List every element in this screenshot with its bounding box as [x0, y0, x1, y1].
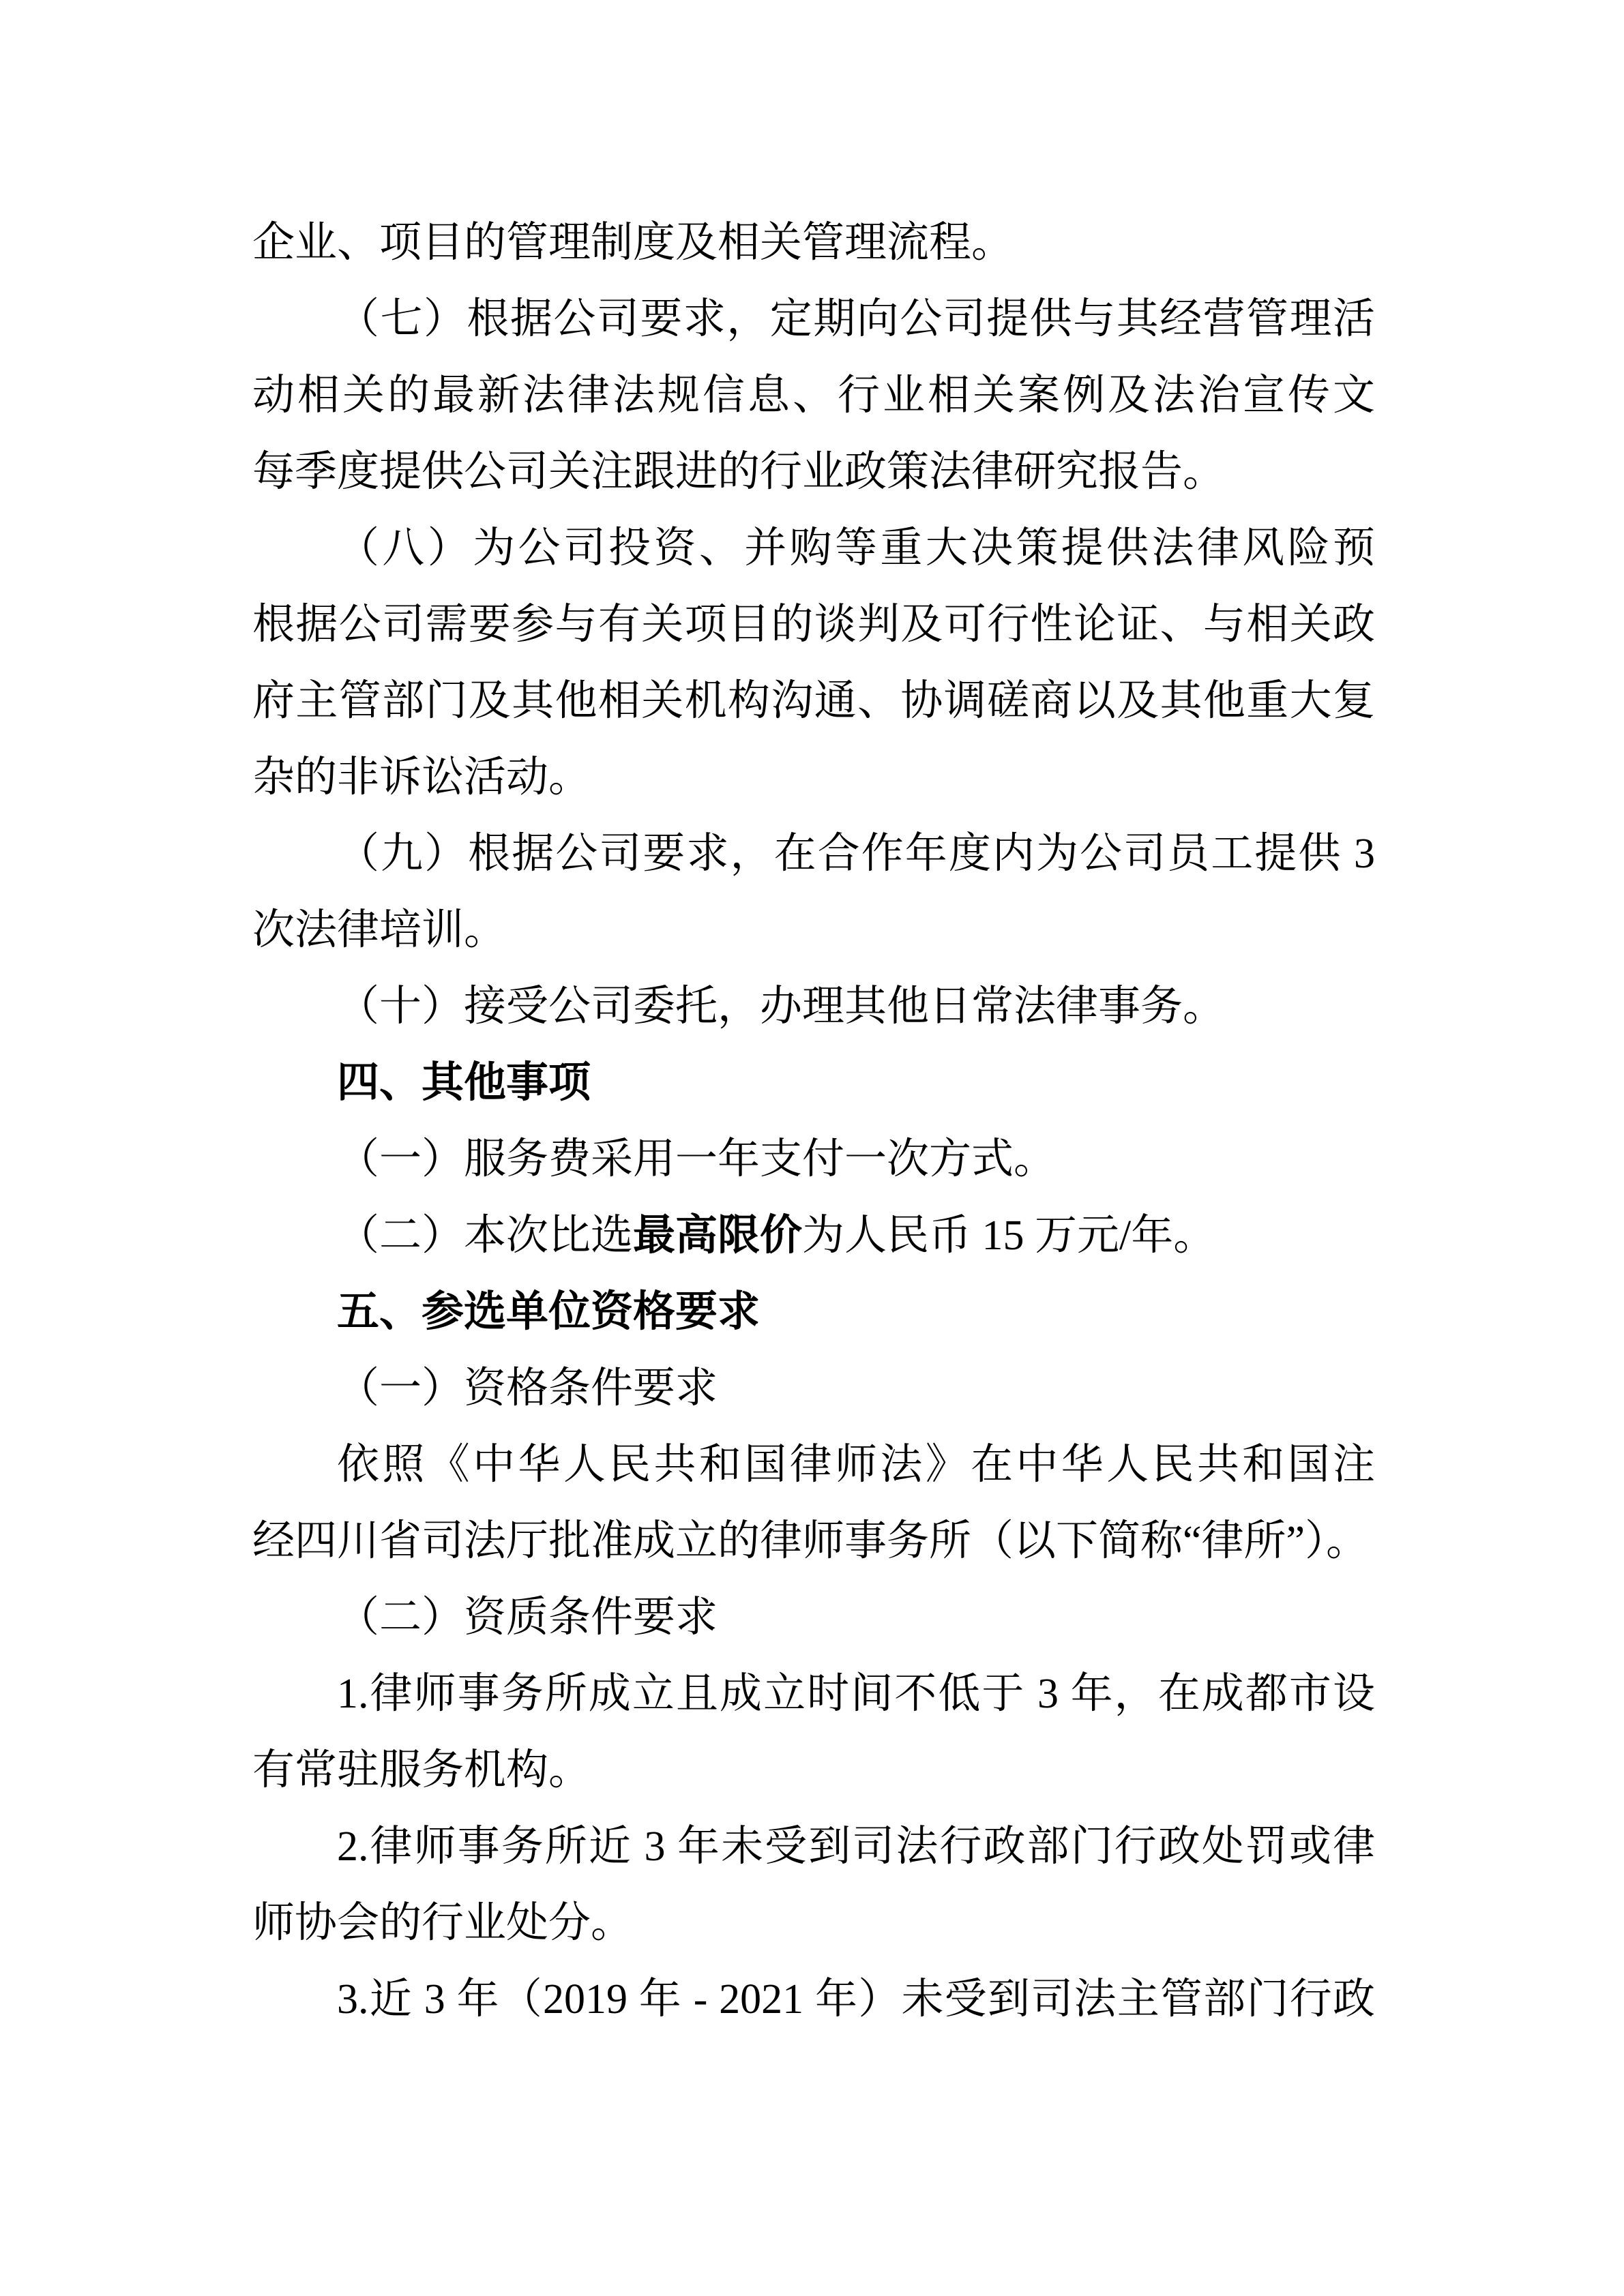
text-line: 依照《中华人民共和国律师法》在中华人民共和国注册，	[252, 1427, 1375, 1503]
text-segment: 依照《中华人民共和国律师法》在中华人民共和国注册，	[252, 1442, 1375, 1503]
text-segment: 3.近 3 年（2019 年 - 2021 年）未受到司法主管部门行政	[337, 1976, 1375, 2023]
text-segment: 根据公司需要参与有关项目的谈判及可行性论证、与相关政	[252, 601, 1375, 648]
text-segment: 为人民币 15 万元/年。	[802, 1212, 1215, 1259]
text-segment: 师协会的行业处分。	[252, 1900, 633, 1946]
text-line: 师协会的行业处分。	[252, 1885, 1375, 1961]
text-line: 根据公司需要参与有关项目的谈判及可行性论证、与相关政	[252, 586, 1375, 663]
bold-text-segment: 最高限价	[633, 1212, 802, 1259]
text-segment: （二）本次比选	[337, 1212, 633, 1259]
text-line: （一）资格条件要求	[252, 1350, 1375, 1427]
text-segment: 企业、项目的管理制度及相关管理流程。	[252, 220, 1014, 266]
text-line: 次法律培训。	[252, 892, 1375, 968]
text-segment: 1.律师事务所成立且成立时间不低于 3 年，在成都市设	[337, 1671, 1375, 1717]
text-line: （七）根据公司要求，定期向公司提供与其经营管理活	[252, 281, 1375, 357]
text-segment: 经四川省司法厅批准成立的律师事务所（以下简称“律所”）。	[252, 1518, 1368, 1564]
text-line: （十）接受公司委托，办理其他日常法律事务。	[252, 968, 1375, 1045]
text-line: 经四川省司法厅批准成立的律师事务所（以下简称“律所”）。	[252, 1503, 1375, 1579]
text-segment: 动相关的最新法律法规信息、行业相关案例及法治宣传文稿，	[252, 372, 1375, 434]
text-line: （二）资质条件要求	[252, 1579, 1375, 1656]
text-segment: （一）资格条件要求	[337, 1365, 718, 1412]
text-segment: （八）为公司投资、并购等重大决策提供法律风险预测，	[252, 525, 1375, 586]
text-line: 动相关的最新法律法规信息、行业相关案例及法治宣传文稿，	[252, 357, 1375, 434]
text-line: 杂的非诉讼活动。	[252, 739, 1375, 816]
text-segment: （二）资质条件要求	[337, 1594, 718, 1641]
text-line: 1.律师事务所成立且成立时间不低于 3 年，在成都市设	[252, 1656, 1375, 1732]
text-line: （八）为公司投资、并购等重大决策提供法律风险预测，	[252, 510, 1375, 586]
text-line: （九）根据公司要求，在合作年度内为公司员工提供 3	[252, 816, 1375, 892]
text-line: 每季度提供公司关注跟进的行业政策法律研究报告。	[252, 434, 1375, 510]
text-line: 企业、项目的管理制度及相关管理流程。	[252, 205, 1375, 281]
text-segment: 每季度提供公司关注跟进的行业政策法律研究报告。	[252, 449, 1225, 495]
section-heading: 五、参选单位资格要求	[252, 1274, 1375, 1350]
text-segment: 府主管部门及其他相关机构沟通、协调磋商以及其他重大复	[252, 678, 1375, 724]
text-segment: （七）根据公司要求，定期向公司提供与其经营管理活	[337, 296, 1375, 342]
bold-text-segment: 四、其他事项	[337, 1059, 591, 1106]
text-segment: 有常驻服务机构。	[252, 1747, 591, 1793]
text-line: （一）服务费采用一年支付一次方式。	[252, 1121, 1375, 1197]
document-body: 企业、项目的管理制度及相关管理流程。（七）根据公司要求，定期向公司提供与其经营管…	[252, 205, 1375, 2038]
text-line: 3.近 3 年（2019 年 - 2021 年）未受到司法主管部门行政	[252, 1961, 1375, 2038]
text-segment: 杂的非诉讼活动。	[252, 754, 591, 801]
text-line: 2.律师事务所近 3 年未受到司法行政部门行政处罚或律	[252, 1808, 1375, 1885]
text-line: 府主管部门及其他相关机构沟通、协调磋商以及其他重大复	[252, 663, 1375, 739]
document-page: 企业、项目的管理制度及相关管理流程。（七）根据公司要求，定期向公司提供与其经营管…	[0, 0, 1624, 2296]
text-segment: （十）接受公司委托，办理其他日常法律事务。	[337, 983, 1225, 1030]
bold-text-segment: 五、参选单位资格要求	[337, 1288, 760, 1335]
text-segment: 次法律培训。	[252, 907, 506, 953]
section-heading: 四、其他事项	[252, 1045, 1375, 1121]
text-line: 有常驻服务机构。	[252, 1732, 1375, 1808]
text-segment: （九）根据公司要求，在合作年度内为公司员工提供 3	[337, 831, 1375, 877]
text-segment: （一）服务费采用一年支付一次方式。	[337, 1136, 1056, 1182]
text-segment: 2.律师事务所近 3 年未受到司法行政部门行政处罚或律	[337, 1823, 1375, 1870]
text-line: （二）本次比选最高限价为人民币 15 万元/年。	[252, 1197, 1375, 1274]
